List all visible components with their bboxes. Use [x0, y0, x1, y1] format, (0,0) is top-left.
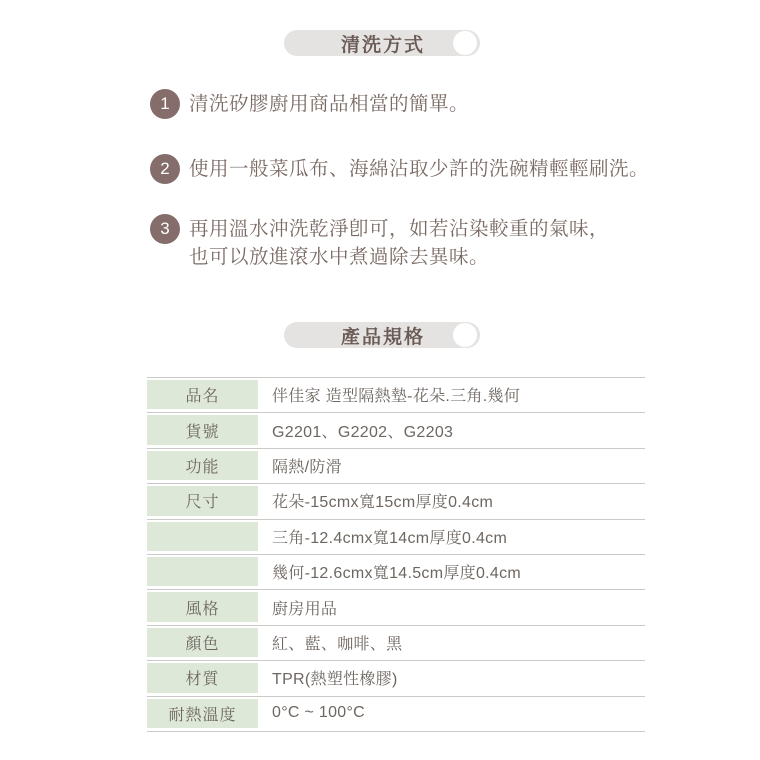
spec-value: 隔熱/防滑	[272, 449, 645, 482]
spec-label: 耐熱溫度	[147, 699, 258, 728]
cleaning-step-1: 1 清洗矽膠廚用商品相當的簡單。	[150, 89, 469, 119]
table-row: 幾何-12.6cmx寬14.5cm厚度0.4cm	[147, 555, 645, 590]
cleaning-step-2: 2 使用一般菜瓜布、海綿沾取少許的洗碗精輕輕刷洗。	[150, 154, 649, 184]
spec-label: 尺寸	[147, 486, 258, 515]
section-title-specs: 產品規格	[339, 322, 425, 349]
table-row: 貨號 G2201、G2202、G2203	[147, 413, 645, 448]
section-title-cleaning: 清洗方式	[339, 30, 425, 57]
table-row: 尺寸 花朵-15cmx寬15cm厚度0.4cm	[147, 484, 645, 519]
step-text: 清洗矽膠廚用商品相當的簡單。	[189, 89, 469, 119]
decorative-circle-icon	[453, 323, 477, 347]
table-row: 功能 隔熱/防滑	[147, 449, 645, 484]
table-row: 耐熱溫度 0°C ~ 100°C	[147, 697, 645, 732]
spec-label: 貨號	[147, 415, 258, 444]
spec-label: 品名	[147, 380, 258, 409]
spec-value: 0°C ~ 100°C	[272, 697, 645, 730]
step-text: 使用一般菜瓜布、海綿沾取少許的洗碗精輕輕刷洗。	[189, 154, 649, 184]
spec-value: 花朵-15cmx寬15cm厚度0.4cm	[272, 484, 645, 517]
spec-label	[147, 522, 258, 551]
step-number-badge: 2	[150, 154, 180, 184]
product-info-page: 清洗方式 1 清洗矽膠廚用商品相當的簡單。 2 使用一般菜瓜布、海綿沾取少許的洗…	[0, 0, 760, 760]
step-number-badge: 3	[150, 214, 180, 244]
spec-value: G2201、G2202、G2203	[272, 413, 645, 446]
spec-value: 三角-12.4cmx寬14cm厚度0.4cm	[272, 520, 645, 553]
step-text-line-1: 再用溫水沖洗乾淨卽可，如若沾染較重的氣味，	[189, 218, 609, 240]
step-text-line-2: 也可以放進滾水中煮過除去異味。	[189, 246, 489, 268]
table-row: 材質 TPR(熱塑性橡膠)	[147, 661, 645, 696]
table-row: 三角-12.4cmx寬14cm厚度0.4cm	[147, 520, 645, 555]
spec-value: 廚房用品	[272, 590, 645, 623]
spec-value: TPR(熱塑性橡膠)	[272, 661, 645, 694]
section-header-cleaning: 清洗方式	[284, 30, 480, 56]
cleaning-step-3: 3 再用溫水沖洗乾淨卽可，如若沾染較重的氣味，也可以放進滾水中煮過除去異味。	[150, 214, 609, 271]
spec-label: 風格	[147, 592, 258, 621]
table-row: 品名 伴佳家 造型隔熱墊-花朵.三角.幾何	[147, 378, 645, 413]
spec-table: 品名 伴佳家 造型隔熱墊-花朵.三角.幾何 貨號 G2201、G2202、G22…	[147, 377, 645, 732]
section-header-specs: 產品規格	[284, 322, 480, 348]
step-number-badge: 1	[150, 89, 180, 119]
spec-label: 顏色	[147, 628, 258, 657]
spec-label: 材質	[147, 663, 258, 692]
decorative-circle-icon	[453, 31, 477, 55]
spec-value: 紅、藍、咖啡、黑	[272, 626, 645, 659]
spec-value: 幾何-12.6cmx寬14.5cm厚度0.4cm	[272, 555, 645, 588]
spec-label	[147, 557, 258, 586]
table-row: 顏色 紅、藍、咖啡、黑	[147, 626, 645, 661]
spec-value: 伴佳家 造型隔熱墊-花朵.三角.幾何	[272, 378, 645, 411]
spec-label: 功能	[147, 451, 258, 480]
step-text: 再用溫水沖洗乾淨卽可，如若沾染較重的氣味，也可以放進滾水中煮過除去異味。	[189, 214, 609, 271]
table-row: 風格 廚房用品	[147, 590, 645, 625]
